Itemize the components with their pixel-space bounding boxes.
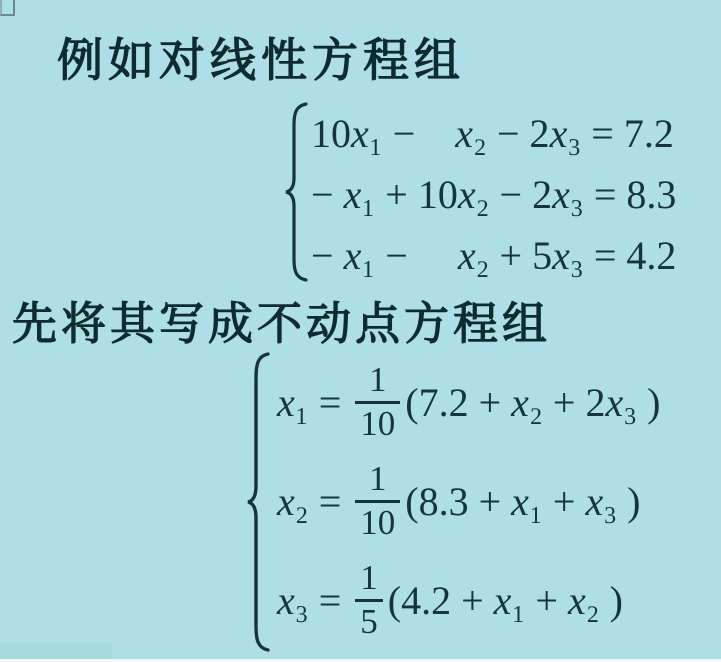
fraction-numerator: 1: [364, 362, 392, 399]
linear-system: 10x₁ − x₂ − 2x₃ = 7.2 − x₁ + 10x₂ − 2x₃ …: [311, 103, 676, 286]
fraction: 1 10: [355, 461, 400, 542]
equation-line-2: − x₁ + 10x₂ − 2x₃ = 8.3: [311, 164, 676, 225]
fixed-point-line-1: x₁ = 1 10 (7.2 + x₂ + 2x₃ ): [277, 353, 660, 452]
fixed-point-line-2: x₂ = 1 10 (8.3 + x₁ + x₃ ): [277, 452, 660, 551]
slide: { "page": { "background_color": "#aedfe7…: [0, 0, 721, 662]
equation-line-1: 10x₁ − x₂ − 2x₃ = 7.2: [311, 103, 676, 164]
variable-lhs: x₃: [277, 577, 309, 624]
fraction-denominator: 5: [355, 604, 383, 641]
fraction-numerator: 1: [364, 461, 392, 498]
equals-sign: =: [319, 577, 342, 624]
fixed-point-system: x₁ = 1 10 (7.2 + x₂ + 2x₃ ) x₂ = 1 10 (8…: [277, 353, 660, 650]
bottom-edge-tinge: [0, 643, 112, 659]
section-subtitle: 先将其写成不动点方程组: [12, 287, 551, 352]
expression-rhs: (8.3 + x₁ + x₃ ): [405, 478, 640, 525]
left-brace-icon: [283, 101, 309, 283]
fraction-numerator: 1: [355, 560, 383, 597]
page-title: 例如对线性方程组: [57, 24, 465, 90]
fraction-denominator: 10: [355, 505, 400, 542]
fraction: 1 5: [355, 560, 383, 641]
fixed-point-line-3: x₃ = 1 5 (4.2 + x₁ + x₂ ): [277, 551, 660, 650]
fraction: 1 10: [355, 362, 400, 443]
equation-line-3: − x₁ − x₂ + 5x₃ = 4.2: [311, 225, 676, 286]
equals-sign: =: [319, 379, 342, 426]
variable-lhs: x₁: [277, 379, 309, 426]
fraction-denominator: 10: [355, 406, 400, 443]
corner-frame-mark: [0, 0, 15, 16]
equals-sign: =: [319, 478, 342, 525]
expression-rhs: (4.2 + x₁ + x₂ ): [388, 577, 623, 624]
left-brace-icon: [245, 351, 271, 653]
variable-lhs: x₂: [277, 478, 309, 525]
expression-rhs: (7.2 + x₂ + 2x₃ ): [405, 379, 660, 426]
